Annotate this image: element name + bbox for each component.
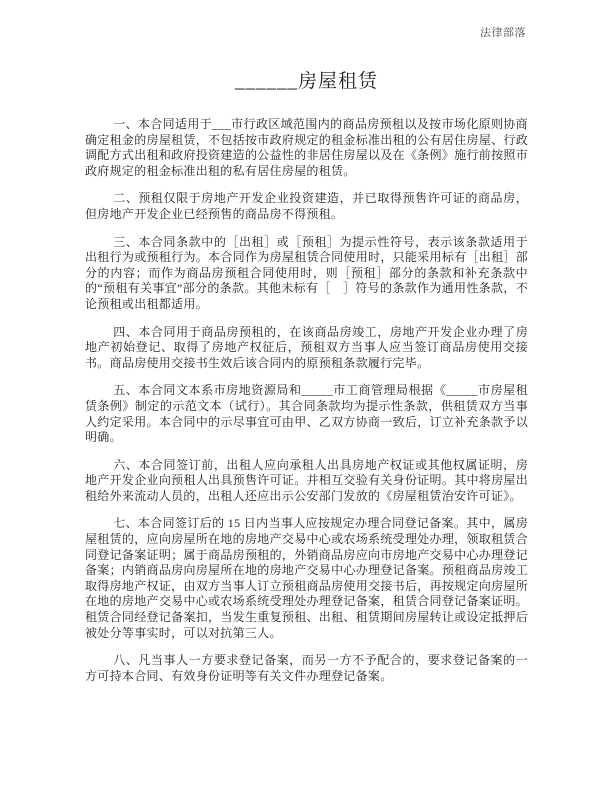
site-watermark-label: 法律部落 bbox=[85, 24, 528, 40]
paragraph: 五、本合同文本系市房地资源局和_____市工商管理局根据《_____市房屋租赁条… bbox=[85, 383, 528, 445]
paragraph: 一、本合同适用于___市行政区域范围内的商品房预租以及按市场化原则协商确定租金的… bbox=[85, 117, 528, 179]
paragraph: 八、凡当事人一方要求登记备案，而另一方不予配合的，要求登记备案的一方可持本合同、… bbox=[85, 653, 528, 684]
paragraph: 六、本合同签订前，出租人应向承租人出具房地产权证或其他权属证明，房地产开发企业向… bbox=[85, 458, 528, 505]
paragraph: 七、本合同签订后的 15 日内当事人应按规定办理合同登记备案。其中，属房屋租赁的… bbox=[85, 516, 528, 641]
paragraph: 四、本合同用于商品房预租的，在该商品房竣工，房地产开发企业办理了房地产初始登记、… bbox=[85, 325, 528, 372]
document-body: 一、本合同适用于___市行政区域范围内的商品房预租以及按市场化原则协商确定租金的… bbox=[85, 117, 528, 684]
document-title: ______房屋租赁 bbox=[85, 66, 528, 93]
paragraph: 二、预租仅限于房地产开发企业投资建造，并已取得预售许可证的商品房，但房地产开发企… bbox=[85, 191, 528, 222]
paragraph: 三、本合同条款中的［出租］或［预租］为提示性符号，表示该条款适用于出租行为或预租… bbox=[85, 235, 528, 313]
document-page: 法律部落 ______房屋租赁 一、本合同适用于___市行政区域范围内的商品房预… bbox=[0, 0, 612, 792]
